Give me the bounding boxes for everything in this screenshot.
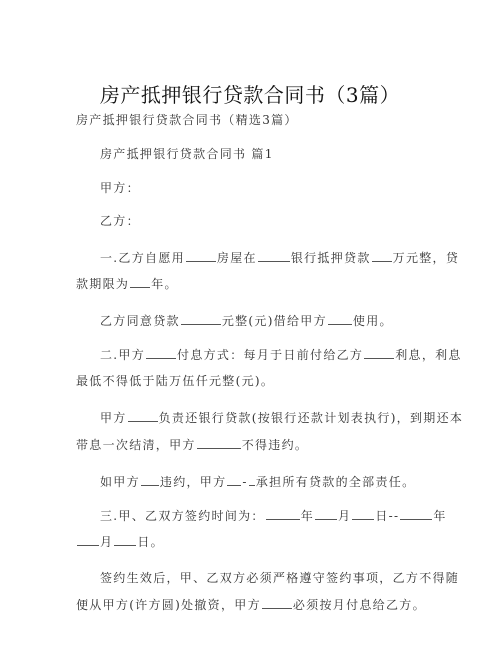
document-title: 房产抵押银行贷款合同书（3篇） <box>0 80 500 110</box>
text: 使用。 <box>353 314 393 328</box>
clause-default-line: 如甲方违约，甲方-承担所有贷款的全部责任。 <box>100 474 424 490</box>
text: 日-- <box>375 509 399 523</box>
text: 月 <box>338 509 351 523</box>
clause-repay-line-1: 甲方负责还银行贷款(按银行还款计划表执行)，到期还本 <box>100 410 424 426</box>
blank-field-interest[interactable] <box>364 347 394 359</box>
text: 房屋在 <box>217 251 257 265</box>
clause-repay-line-2: 带息一次结清，甲方不得违约。 <box>76 437 424 453</box>
party-a-label: 甲方： <box>100 180 424 196</box>
text: 年 <box>433 509 446 523</box>
blank-field-bank[interactable] <box>258 250 290 262</box>
clause-effect-line-2: 便从甲方(许方圆)处撤资，甲方必须按月付息给乙方。 <box>76 597 424 613</box>
text: 三.甲、乙双方签约时间为： <box>100 509 265 523</box>
text: 款期限为 <box>76 277 129 291</box>
clause-3-line-1: 三.甲、乙双方签约时间为：年月日--年 <box>100 508 424 524</box>
text: 带息一次结清，甲方 <box>76 438 196 452</box>
text: 元整(元)借给甲方 <box>222 314 327 328</box>
text: 便从甲方(许方圆)处撤资，甲方 <box>76 598 261 612</box>
clause-loan-line: 乙方同意贷款元整(元)借给甲方使用。 <box>100 313 424 329</box>
blank-field-default-3[interactable] <box>249 474 255 486</box>
section-heading: 房产抵押银行贷款合同书 篇1 <box>100 146 424 162</box>
text: 银行抵押贷款 <box>291 251 371 265</box>
text: 如甲方 <box>100 475 140 489</box>
text: 不得违约。 <box>242 438 309 452</box>
text: - <box>242 475 247 489</box>
text: 二.甲方 <box>100 348 145 362</box>
blank-field-party-a[interactable] <box>146 347 176 359</box>
blank-field-property[interactable] <box>186 250 216 262</box>
text: 年。 <box>151 277 178 291</box>
blank-field-amount[interactable] <box>372 250 392 262</box>
blank-field-loan-amount[interactable] <box>181 313 221 325</box>
blank-field-term[interactable] <box>130 276 150 288</box>
clause-2-line-1: 二.甲方付息方式：每月于日前付给乙方利息，利息 <box>100 347 424 363</box>
blank-field-start-year[interactable] <box>266 508 300 520</box>
blank-field-use[interactable] <box>328 313 352 325</box>
blank-field-party-a-default[interactable] <box>197 437 241 449</box>
text: 必须按月付息给乙方。 <box>293 598 426 612</box>
blank-field-party-a-repay[interactable] <box>128 410 158 422</box>
blank-field-start-month[interactable] <box>315 508 337 520</box>
blank-field-default-2[interactable] <box>227 474 241 486</box>
clause-1-line-1: 一.乙方自愿用房屋在银行抵押贷款万元整，贷 <box>100 250 424 266</box>
party-b-label: 乙方： <box>100 213 424 229</box>
text: 违约，甲方 <box>160 475 227 489</box>
blank-field-monthly-interest[interactable] <box>262 597 292 609</box>
clause-3-line-2: 月日。 <box>76 534 424 550</box>
clause-2-line-2: 最低不得低于陆万伍仟元整(元)。 <box>76 373 424 389</box>
text: 付息方式：每月于日前付给乙方 <box>177 348 363 362</box>
text: 万元整，贷 <box>393 251 460 265</box>
blank-field-end-day[interactable] <box>114 534 136 546</box>
text: 日。 <box>137 535 164 549</box>
text: 年 <box>301 509 314 523</box>
blank-field-start-day[interactable] <box>352 508 374 520</box>
blank-field-end-year[interactable] <box>400 508 432 520</box>
text: 一.乙方自愿用 <box>100 251 185 265</box>
text: 利息，利息 <box>395 348 462 362</box>
text: 负责还银行贷款(按银行还款计划表执行)，到期还本 <box>159 411 464 425</box>
text: 甲方 <box>100 411 127 425</box>
document-page: 房产抵押银行贷款合同书（3篇） 房产抵押银行贷款合同书（精选3篇） 房产抵押银行… <box>0 0 500 657</box>
clause-effect-line-1: 签约生效后，甲、乙双方必须严格遵守签约事项，乙方不得随 <box>100 570 424 586</box>
blank-field-end-month[interactable] <box>77 534 99 546</box>
text: 乙方同意贷款 <box>100 314 180 328</box>
clause-1-line-2: 款期限为年。 <box>76 276 424 292</box>
blank-field-default-1[interactable] <box>141 474 159 486</box>
document-subtitle: 房产抵押银行贷款合同书（精选3篇） <box>76 112 424 128</box>
text: 月 <box>100 535 113 549</box>
text: 承担所有贷款的全部责任。 <box>256 475 416 489</box>
